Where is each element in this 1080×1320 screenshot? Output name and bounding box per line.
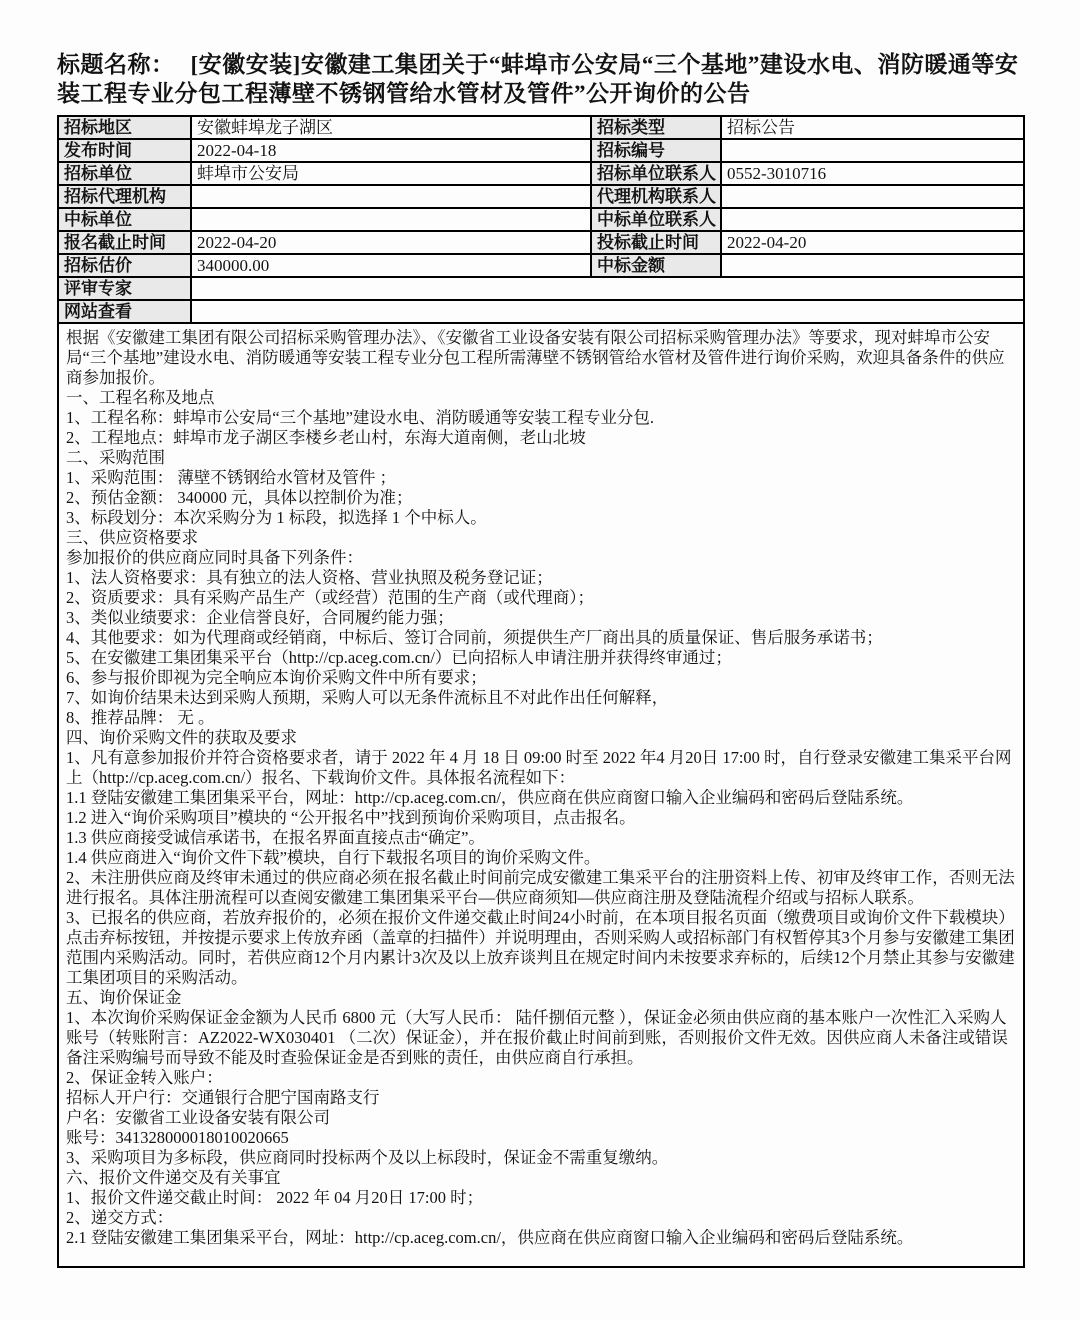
title-text: [安徽安装]安徽建工集团关于“蚌埠市公安局“三个基地”建设水电、消防暖通等安装工… — [57, 52, 1018, 106]
field-value: 招标公告 — [721, 116, 1024, 139]
field-value: 2022-04-20 — [191, 231, 591, 254]
body-paragraph: 2、保证金转入账户： — [66, 1068, 1016, 1088]
title-label: 标题名称： — [57, 52, 175, 77]
body-paragraph: 五、询价保证金 — [66, 988, 1016, 1008]
review-experts-row: 评审专家 — [58, 277, 1024, 300]
body-paragraph: 7、如询价结果未达到采购人预期，采购人可以无条件流标且不对此作出任何解释， — [66, 688, 1016, 708]
field-value — [721, 208, 1024, 231]
body-paragraph: 1.4 供应商进入“询价文件下载”模块，自行下载报名项目的询价采购文件。 — [66, 848, 1016, 868]
body-paragraph: 1、凡有意参加报价并符合资格要求者，请于 2022 年 4 月 18 日 09:… — [66, 748, 1016, 788]
body-paragraph: 参加报价的供应商应同时具备下列条件： — [66, 548, 1016, 568]
body-paragraph: 3、类似业绩要求：企业信誉良好，合同履约能力强； — [66, 608, 1016, 628]
field-value: 安徽蚌埠龙子湖区 — [191, 116, 591, 139]
field-label: 代理机构联系人 — [591, 185, 721, 208]
body-paragraph: 1.2 进入“询价采购项目”模块的 “公开报名中”找到预询价采购项目，点击报名。 — [66, 808, 1016, 828]
field-value: 蚌埠市公安局 — [191, 162, 591, 185]
body-paragraph: 2、预估金额： 340000 元，具体以控制价为准； — [66, 488, 1016, 508]
table-row: 招标估价 340000.00 中标金额 — [58, 254, 1024, 277]
page-title: 标题名称：[安徽安装]安徽建工集团关于“蚌埠市公安局“三个基地”建设水电、消防暖… — [57, 50, 1023, 108]
body-paragraph: 一、工程名称及地点 — [66, 388, 1016, 408]
body-paragraph: 2.1 登陆安徽建工集团集采平台，网址：http://cp.aceg.com.c… — [66, 1228, 1016, 1248]
body-paragraph: 1.3 供应商接受诚信承诺书，在报名界面直接点击“确定”。 — [66, 828, 1016, 848]
body-paragraph: 4、其他要求：如为代理商或经销商，中标后、签订合同前，须提供生产厂商出具的质量保… — [66, 628, 1016, 648]
body-paragraph: 3、标段划分：本次采购分为 1 标段，拟选择 1 个中标人。 — [66, 508, 1016, 528]
body-paragraph: 四、询价采购文件的获取及要求 — [66, 728, 1016, 748]
table-row: 中标单位 中标单位联系人 — [58, 208, 1024, 231]
body-paragraph: 1、法人资格要求：具有独立的法人资格、营业执照及税务登记证； — [66, 568, 1016, 588]
body-paragraph: 1.1 登陆安徽建工集团集采平台，网址：http://cp.aceg.com.c… — [66, 788, 1016, 808]
body-paragraph: 2、递交方式： — [66, 1208, 1016, 1228]
body-paragraph: 2、工程地点：蚌埠市龙子湖区李楼乡老山村，东海大道南侧，老山北坡 — [66, 428, 1016, 448]
body-paragraph: 三、供应资格要求 — [66, 528, 1016, 548]
field-label: 发布时间 — [58, 139, 191, 162]
body-paragraph: 6、参与报价即视为完全响应本询价采购文件中所有要求； — [66, 668, 1016, 688]
field-value — [191, 185, 591, 208]
body-paragraph: 2、资质要求：具有采购产品生产（或经营）范围的生产商（或代理商）； — [66, 588, 1016, 608]
table-row: 发布时间 2022-04-18 招标编号 — [58, 139, 1024, 162]
tender-info-table: 招标地区 安徽蚌埠龙子湖区 招标类型 招标公告 发布时间 2022-04-18 … — [57, 115, 1025, 324]
field-value — [191, 208, 591, 231]
body-paragraph: 3、已报名的供应商，若放弃报价的，必须在报价文件递交截止时间24小时前，在本项目… — [66, 908, 1016, 988]
table-row: 招标单位 蚌埠市公安局 招标单位联系人 0552-3010716 — [58, 162, 1024, 185]
field-value: 340000.00 — [191, 254, 591, 277]
field-label: 报名截止时间 — [58, 231, 191, 254]
table-row: 报名截止时间 2022-04-20 投标截止时间 2022-04-20 — [58, 231, 1024, 254]
field-label: 招标单位联系人 — [591, 162, 721, 185]
field-value — [721, 139, 1024, 162]
body-paragraph: 3、采购项目为多标段，供应商同时投标两个及以上标段时，保证金不需重复缴纳。 — [66, 1148, 1016, 1168]
website-view-row: 网站查看 — [58, 300, 1024, 323]
field-value — [191, 300, 1024, 323]
body-paragraph: 根据《安徽建工集团有限公司招标采购管理办法》、《安徽省工业设备安装有限公司招标采… — [66, 328, 1016, 388]
field-label: 招标地区 — [58, 116, 191, 139]
field-label: 中标单位 — [58, 208, 191, 231]
field-label: 投标截止时间 — [591, 231, 721, 254]
body-paragraph: 账号：341328000018010020665 — [66, 1128, 1016, 1148]
field-value: 2022-04-20 — [721, 231, 1024, 254]
body-paragraph: 1、报价文件递交截止时间： 2022 年 04 月20日 17:00 时； — [66, 1188, 1016, 1208]
field-label: 招标单位 — [58, 162, 191, 185]
field-label: 招标代理机构 — [58, 185, 191, 208]
body-paragraph: 1、工程名称：蚌埠市公安局“三个基地”建设水电、消防暖通等安装工程专业分包. — [66, 408, 1016, 428]
announcement-page: 标题名称：[安徽安装]安徽建工集团关于“蚌埠市公安局“三个基地”建设水电、消防暖… — [0, 0, 1080, 1268]
field-label: 招标类型 — [591, 116, 721, 139]
body-paragraph: 5、在安徽建工集团集采平台（http://cp.aceg.com.cn/）已向招… — [66, 648, 1016, 668]
field-label: 招标编号 — [591, 139, 721, 162]
field-label: 网站查看 — [58, 300, 191, 323]
body-paragraph: 户名：安徽省工业设备安装有限公司 — [66, 1108, 1016, 1128]
field-value: 0552-3010716 — [721, 162, 1024, 185]
body-paragraph: 招标人开户行：交通银行合肥宁国南路支行 — [66, 1088, 1016, 1108]
field-label: 评审专家 — [58, 277, 191, 300]
body-paragraph: 2、未注册供应商及终审未通过的供应商必须在报名截止时间前完成安徽建工集采平台的注… — [66, 868, 1016, 908]
announcement-body: 根据《安徽建工集团有限公司招标采购管理办法》、《安徽省工业设备安装有限公司招标采… — [57, 324, 1025, 1268]
body-paragraph: 二、采购范围 — [66, 448, 1016, 468]
field-label: 招标估价 — [58, 254, 191, 277]
body-paragraph: 8、推荐品牌： 无 。 — [66, 708, 1016, 728]
field-label: 中标金额 — [591, 254, 721, 277]
field-value — [191, 277, 1024, 300]
field-value: 2022-04-18 — [191, 139, 591, 162]
field-value — [721, 185, 1024, 208]
field-value — [721, 254, 1024, 277]
body-paragraph: 六、报价文件递交及有关事宜 — [66, 1168, 1016, 1188]
table-row: 招标地区 安徽蚌埠龙子湖区 招标类型 招标公告 — [58, 116, 1024, 139]
body-paragraph: 1、采购范围： 薄壁不锈钢给水管材及管件 ； — [66, 468, 1016, 488]
body-paragraph: 1、本次询价采购保证金金额为人民币 6800 元（大写人民币： 陆仟捌佰元整 ）… — [66, 1008, 1016, 1068]
field-label: 中标单位联系人 — [591, 208, 721, 231]
table-row: 招标代理机构 代理机构联系人 — [58, 185, 1024, 208]
